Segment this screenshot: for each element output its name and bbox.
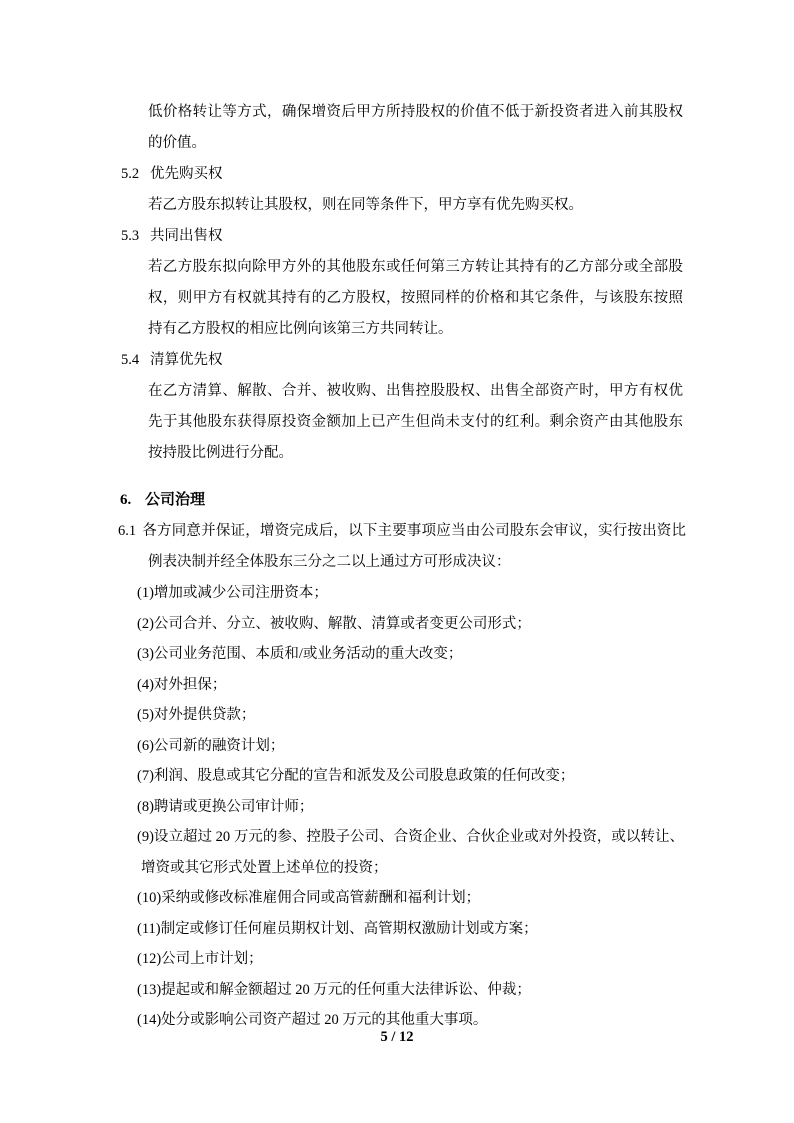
clause-5-4-number: 5.4	[121, 345, 150, 376]
list-item-4: (4)对外担保；	[0, 670, 794, 701]
list-item-11: (11)制定或修订任何雇员期权计划、高管期权激励计划或方案；	[0, 914, 794, 945]
clause-5-4-body: 在乙方清算、解散、合并、被收购、出售控股股权、出售全部资产时，甲方有权优先于其他…	[0, 376, 794, 469]
clause-5-2-body: 若乙方股东拟转让其股权，则在同等条件下，甲方享有优先购买权。	[0, 190, 794, 221]
clause-5-1-continuation-paragraph: 低价格转让等方式，确保增资后甲方所持股权的价值不低于新投资者进入前其股权的价值。	[0, 97, 794, 159]
clause-6-1-number: 6.1	[118, 523, 142, 539]
document-content: 低价格转让等方式，确保增资后甲方所持股权的价值不低于新投资者进入前其股权的价值。…	[0, 97, 794, 1036]
section-6-heading: 6.公司治理	[0, 485, 794, 516]
list-item-3: (3)公司业务范围、本质和/或业务活动的重大改变；	[0, 639, 794, 670]
shareholder-matters-list: (1)增加或减少公司注册资本； (2)公司合并、分立、被收购、解散、清算或者变更…	[0, 578, 794, 1036]
section-6-number: 6.	[120, 485, 145, 516]
section-6-title: 公司治理	[145, 492, 205, 508]
list-item-2: (2)公司合并、分立、被收购、解散、清算或者变更公司形式；	[0, 609, 794, 640]
list-item-13: (13)提起或和解金额超过 20 万元的任何重大法律诉讼、仲裁；	[0, 975, 794, 1006]
clause-5-3-heading: 5.3共同出售权	[0, 221, 794, 252]
page-number: 5 / 12	[0, 1028, 794, 1046]
clause-5-2-title: 优先购买权	[150, 166, 223, 182]
list-item-12: (12)公司上市计划；	[0, 944, 794, 975]
list-item-10: (10)采纳或修改标准雇佣合同或高管薪酬和福利计划；	[0, 883, 794, 914]
clause-5-4-heading: 5.4清算优先权	[0, 345, 794, 376]
clause-5-4-title: 清算优先权	[150, 352, 223, 368]
list-item-7: (7)利润、股息或其它分配的宣告和派发及公司股息政策的任何改变；	[0, 761, 794, 792]
clause-5-2-heading: 5.2优先购买权	[0, 159, 794, 190]
clause-5-3-body: 若乙方股东拟向除甲方外的其他股东或任何第三方转让其持有的乙方部分或全部股权，则甲…	[0, 252, 794, 345]
list-item-5: (5)对外提供贷款；	[0, 700, 794, 731]
list-item-8: (8)聘请或更换公司审计师；	[0, 792, 794, 823]
list-item-1: (1)增加或减少公司注册资本；	[0, 578, 794, 609]
clause-6-1-text: 各方同意并保证，增资完成后，以下主要事项应当由公司股东会审议，实行按出资比例表决…	[142, 523, 686, 570]
list-item-6: (6)公司新的融资计划；	[0, 731, 794, 762]
list-item-9: (9)设立超过 20 万元的参、控股子公司、合资企业、合伙企业或对外投资，或以转…	[0, 822, 794, 883]
clause-5-2-number: 5.2	[121, 159, 150, 190]
document-page: 低价格转让等方式，确保增资后甲方所持股权的价值不低于新投资者进入前其股权的价值。…	[0, 0, 794, 1123]
clause-5-3-title: 共同出售权	[150, 228, 223, 244]
clause-5-3-number: 5.3	[121, 221, 150, 252]
clause-6-1-paragraph: 6.1各方同意并保证，增资完成后，以下主要事项应当由公司股东会审议，实行按出资比…	[0, 516, 794, 578]
